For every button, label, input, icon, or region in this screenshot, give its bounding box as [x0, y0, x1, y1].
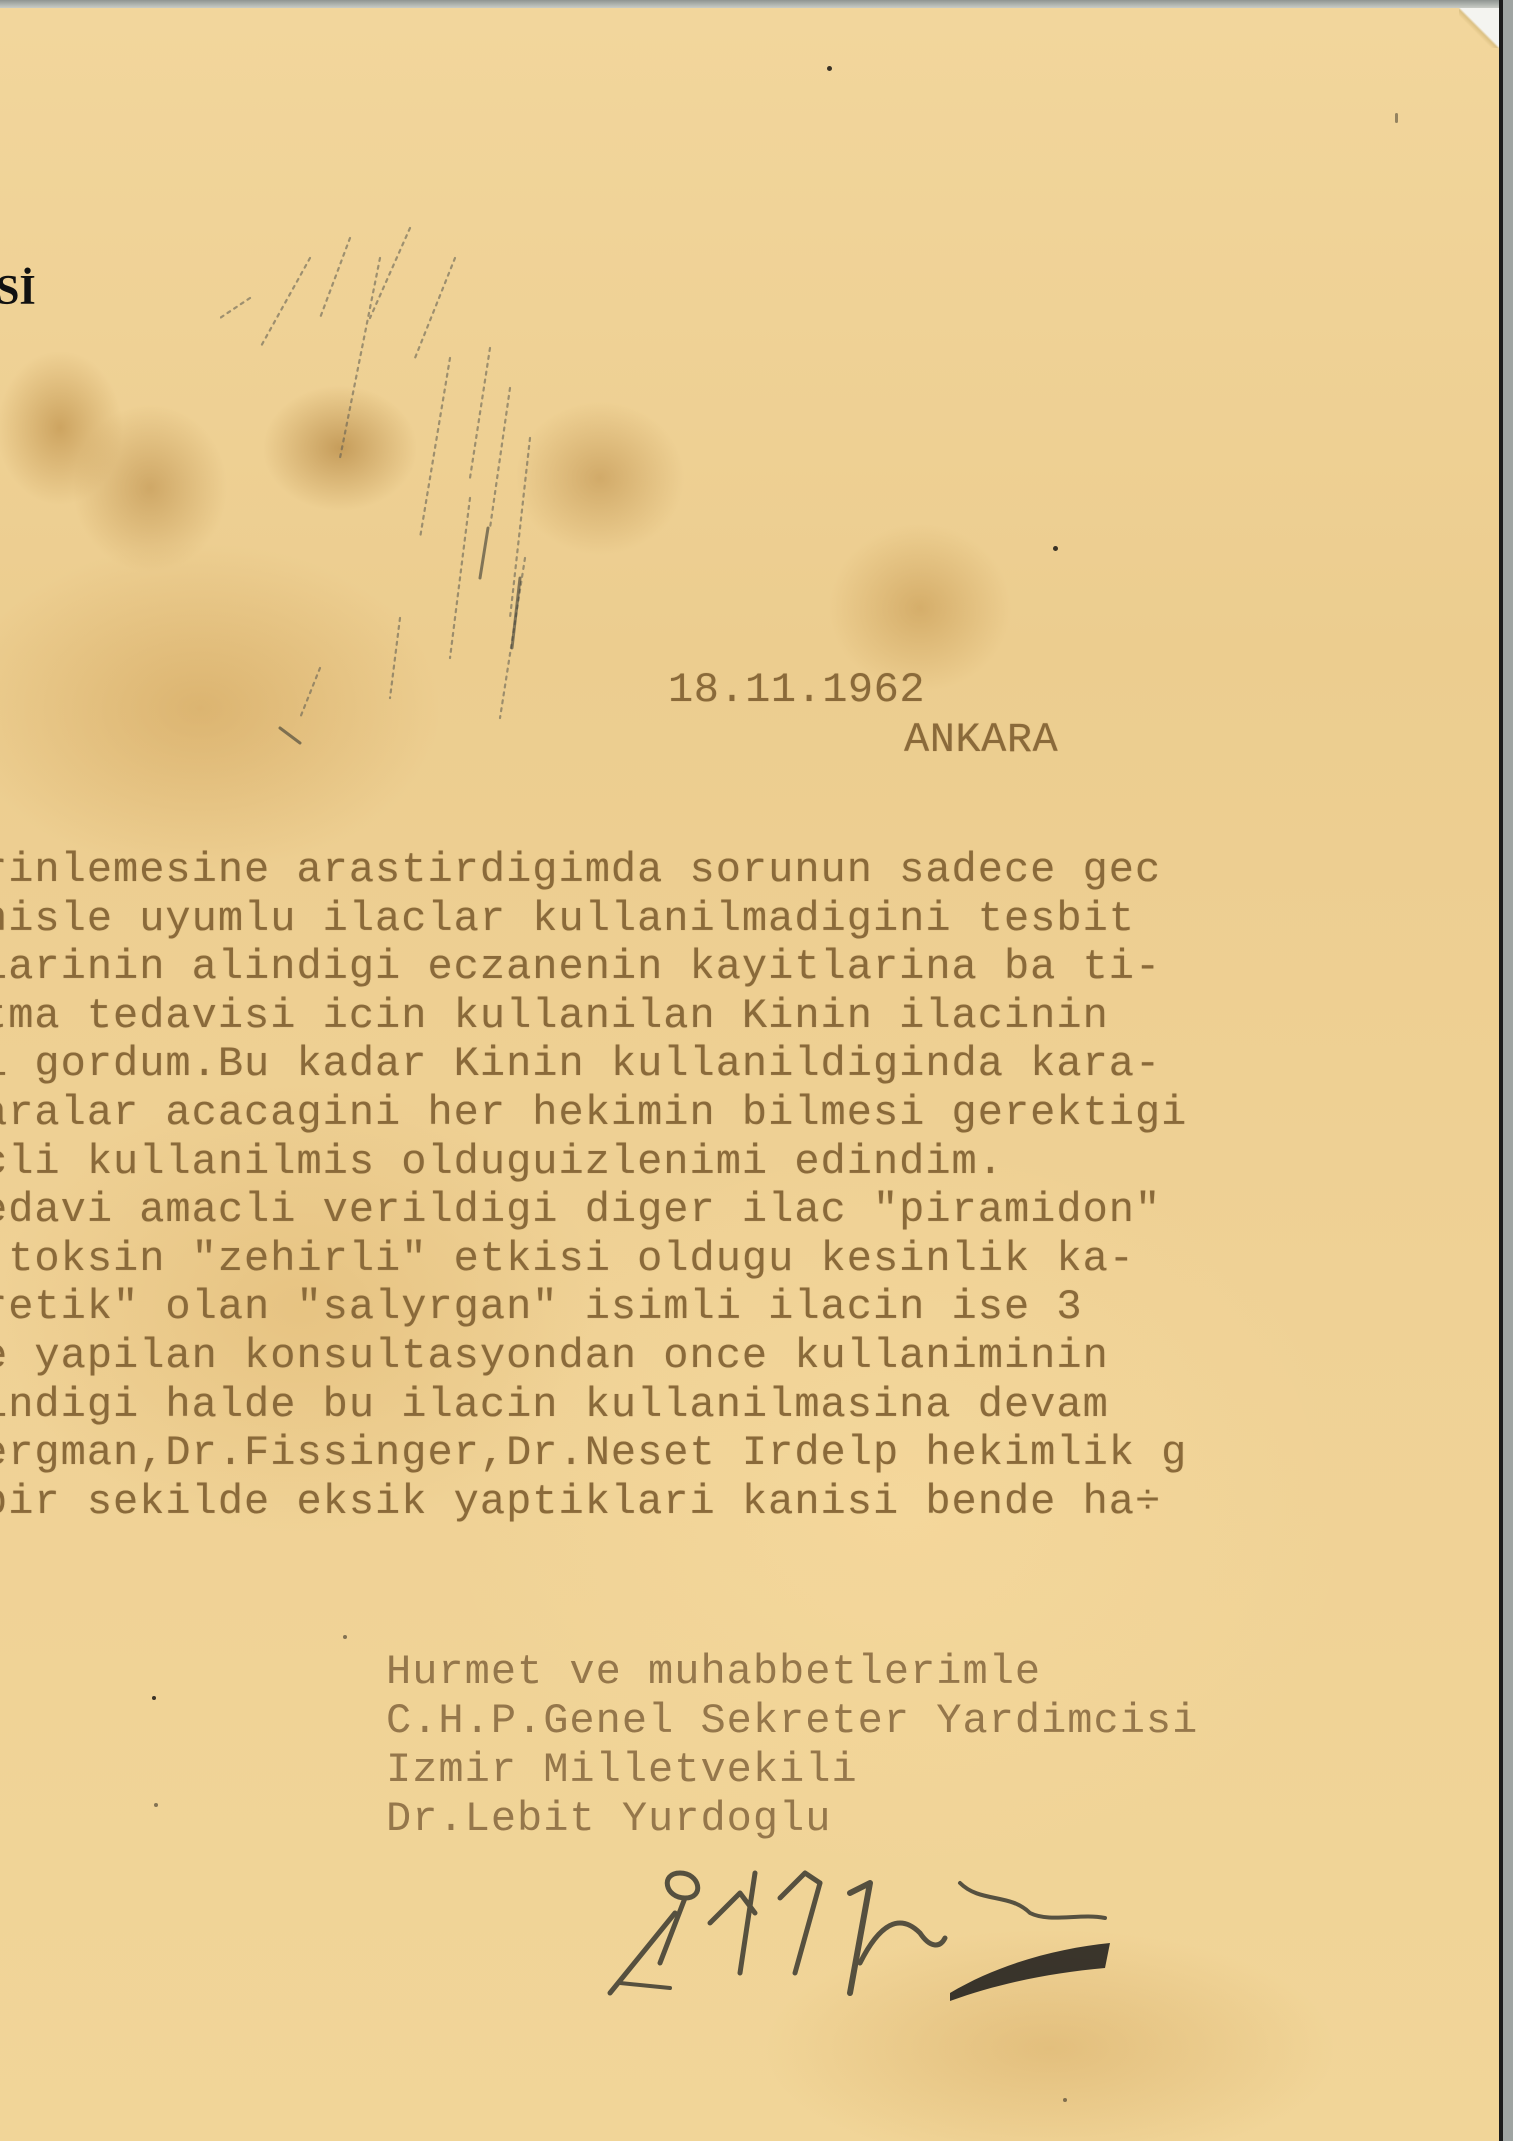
letter-date: 18.11.1962 — [668, 666, 925, 714]
letter-paper: Sİ 18.11.1962 ANKARA rinlemesine arastir… — [0, 8, 1499, 2141]
body-line: bir sekilde eksik yaptiklari kanisi bend… — [0, 1478, 1442, 1527]
letter-place: ANKARA — [904, 716, 1058, 764]
scan-right-border — [1499, 0, 1513, 2141]
scan-top-border — [0, 0, 1513, 8]
paper-speck — [1395, 113, 1398, 123]
body-line: ergman,Dr.Fissinger,Dr.Neset Irdelp heki… — [0, 1429, 1442, 1478]
paper-speck — [152, 1696, 156, 1700]
paper-speck — [1053, 546, 1058, 551]
body-line: aralar acacagini her hekimin bilmesi ger… — [0, 1089, 1442, 1138]
signer-office: Izmir Milletvekili — [386, 1746, 1198, 1795]
closing-salutation: Hurmet ve muhabbetlerimle — [386, 1648, 1198, 1697]
pencil-scribble-icon — [220, 198, 620, 758]
signer-name: Dr.Lebit Yurdoglu — [386, 1795, 1198, 1844]
body-line: hisle uyumlu ilaclar kullanilmadigini te… — [0, 895, 1442, 944]
signer-title: C.H.P.Genel Sekreter Yardimcisi — [386, 1697, 1198, 1746]
paper-speck — [154, 1803, 158, 1807]
body-line: e yapilan konsultasyondan once kullanimi… — [0, 1332, 1442, 1381]
body-line: i gordum.Bu kadar Kinin kullanildiginda … — [0, 1040, 1442, 1089]
paper-speck — [827, 66, 832, 71]
paper-speck — [1063, 2098, 1067, 2102]
body-line: edavi amacli verildigi diger ilac "piram… — [0, 1186, 1442, 1235]
body-line: larinin alindigi eczanenin kayitlarina b… — [0, 943, 1442, 992]
body-line: toksin "zehirli" etkisi oldugu kesinlik … — [0, 1235, 1442, 1284]
paper-speck — [343, 1635, 347, 1639]
body-line: indigi halde bu ilacin kullanilmasina de… — [0, 1381, 1442, 1430]
letterhead-fragment: Sİ — [0, 270, 36, 312]
letter-closing: Hurmet ve muhabbetlerimle C.H.P.Genel Se… — [386, 1648, 1198, 1844]
body-line: cli kullanilmis olduguizlenimi edindim. — [0, 1138, 1442, 1187]
folded-corner — [1459, 8, 1499, 48]
handwritten-signature-icon — [580, 1853, 1120, 2013]
body-line: rinlemesine arastirdigimda sorunun sadec… — [0, 846, 1442, 895]
body-line: tma tedavisi icin kullanilan Kinin ilaci… — [0, 992, 1442, 1041]
body-line: retik" olan "salyrgan" isimli ilacin ise… — [0, 1283, 1442, 1332]
letter-body: rinlemesine arastirdigimda sorunun sadec… — [0, 846, 1442, 1526]
